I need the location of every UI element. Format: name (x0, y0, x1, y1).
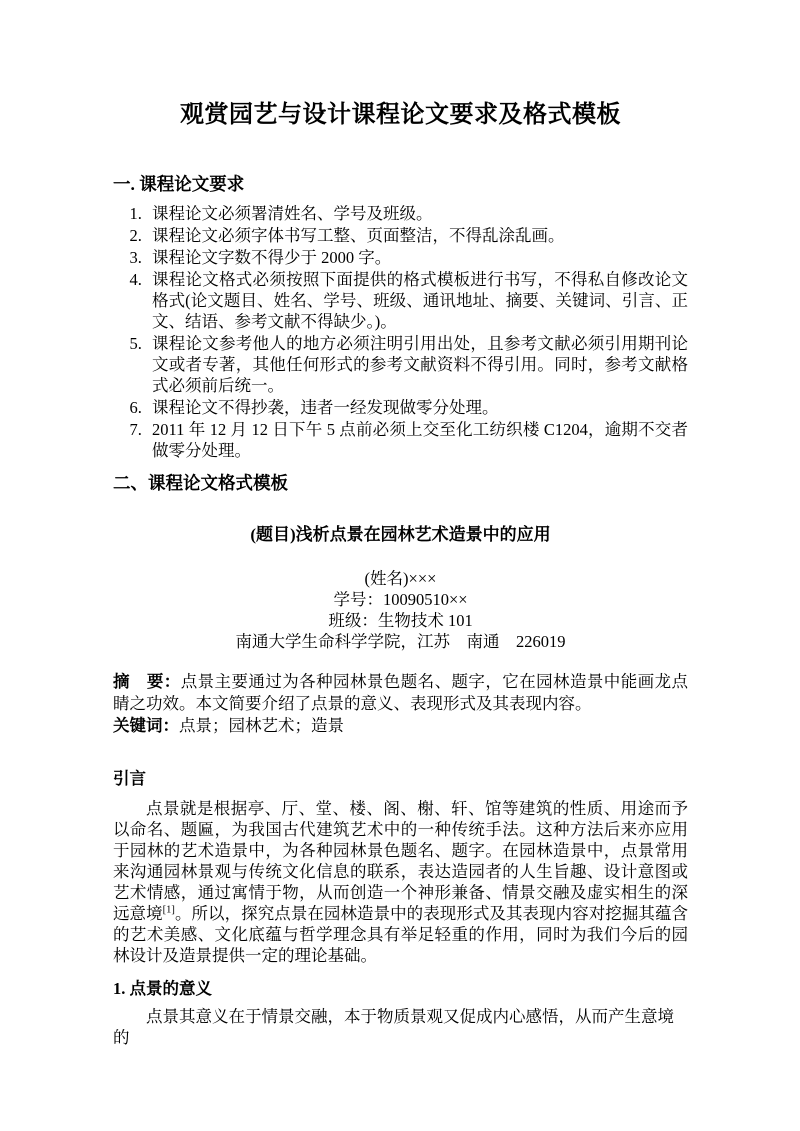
document-page: 观赏园艺与设计课程论文要求及格式模板 一. 课程论文要求 课程论文必须署清姓名、… (0, 0, 800, 1131)
abstract-paragraph: 摘 要：点景主要通过为各种园林景色题名、题字，它在园林造景中能画龙点睛之功效。本… (113, 671, 688, 715)
student-id-line: 学号：10090510×× (113, 589, 688, 610)
reference-mark: [1] (163, 905, 175, 916)
abstract-label: 摘 要： (113, 672, 181, 691)
document-title: 观赏园艺与设计课程论文要求及格式模板 (113, 95, 688, 135)
author-name: (姓名)××× (113, 568, 688, 589)
section-2-heading: 二、课程论文格式模板 (113, 471, 688, 495)
requirement-item-7: 2011 年 12 月 12 日下午 5 点前必须上交至化工纺织楼 C1204，… (146, 419, 688, 461)
subsection-1-heading: 1. 点景的意义 (113, 978, 688, 999)
introduction-text-after-ref: 。所以，探究点景在园林造景中的表现形式及其表现内容对挖掘其蕴含的艺术美感、文化底… (113, 904, 688, 965)
affiliation-line: 南通大学生命科学学院，江苏 南通 226019 (113, 631, 688, 652)
keywords-label: 关键词： (113, 716, 179, 735)
requirement-item-3: 课程论文字数不得少于 2000 字。 (146, 247, 688, 268)
requirement-item-6: 课程论文不得抄袭，违者一经发现做零分处理。 (146, 397, 688, 418)
abstract-text: 点景主要通过为各种园林景色题名、题字，它在园林造景中能画龙点睛之功效。本文简要介… (113, 672, 688, 713)
introduction-heading: 引言 (113, 768, 688, 789)
requirement-item-4: 课程论文格式必须按照下面提供的格式模板进行书写，不得私自修改论文格式(论文题目、… (146, 269, 688, 332)
introduction-paragraph: 点景就是根据亭、厅、堂、楼、阁、榭、轩、馆等建筑的性质、用途而予以命名、题匾，为… (113, 798, 688, 966)
class-line: 班级：生物技术 101 (113, 610, 688, 631)
requirements-list: 课程论文必须署清姓名、学号及班级。 课程论文必须字体书写工整、页面整洁，不得乱涂… (113, 203, 688, 461)
subsection-1-paragraph: 点景其意义在于情景交融，本于物质景观又促成内心感悟，从而产生意境的 (113, 1006, 688, 1048)
paper-title: (题目)浅析点景在园林艺术造景中的应用 (113, 523, 688, 547)
section-1-heading: 一. 课程论文要求 (113, 172, 688, 196)
requirement-item-5: 课程论文参考他人的地方必须注明引用出处，且参考文献必须引用期刊论文或者专著，其他… (146, 333, 688, 396)
requirement-item-1: 课程论文必须署清姓名、学号及班级。 (146, 203, 688, 224)
requirement-item-2: 课程论文必须字体书写工整、页面整洁，不得乱涂乱画。 (146, 225, 688, 246)
keywords-text: 点景；园林艺术；造景 (179, 716, 344, 735)
keywords-paragraph: 关键词：点景；园林艺术；造景 (113, 715, 688, 737)
